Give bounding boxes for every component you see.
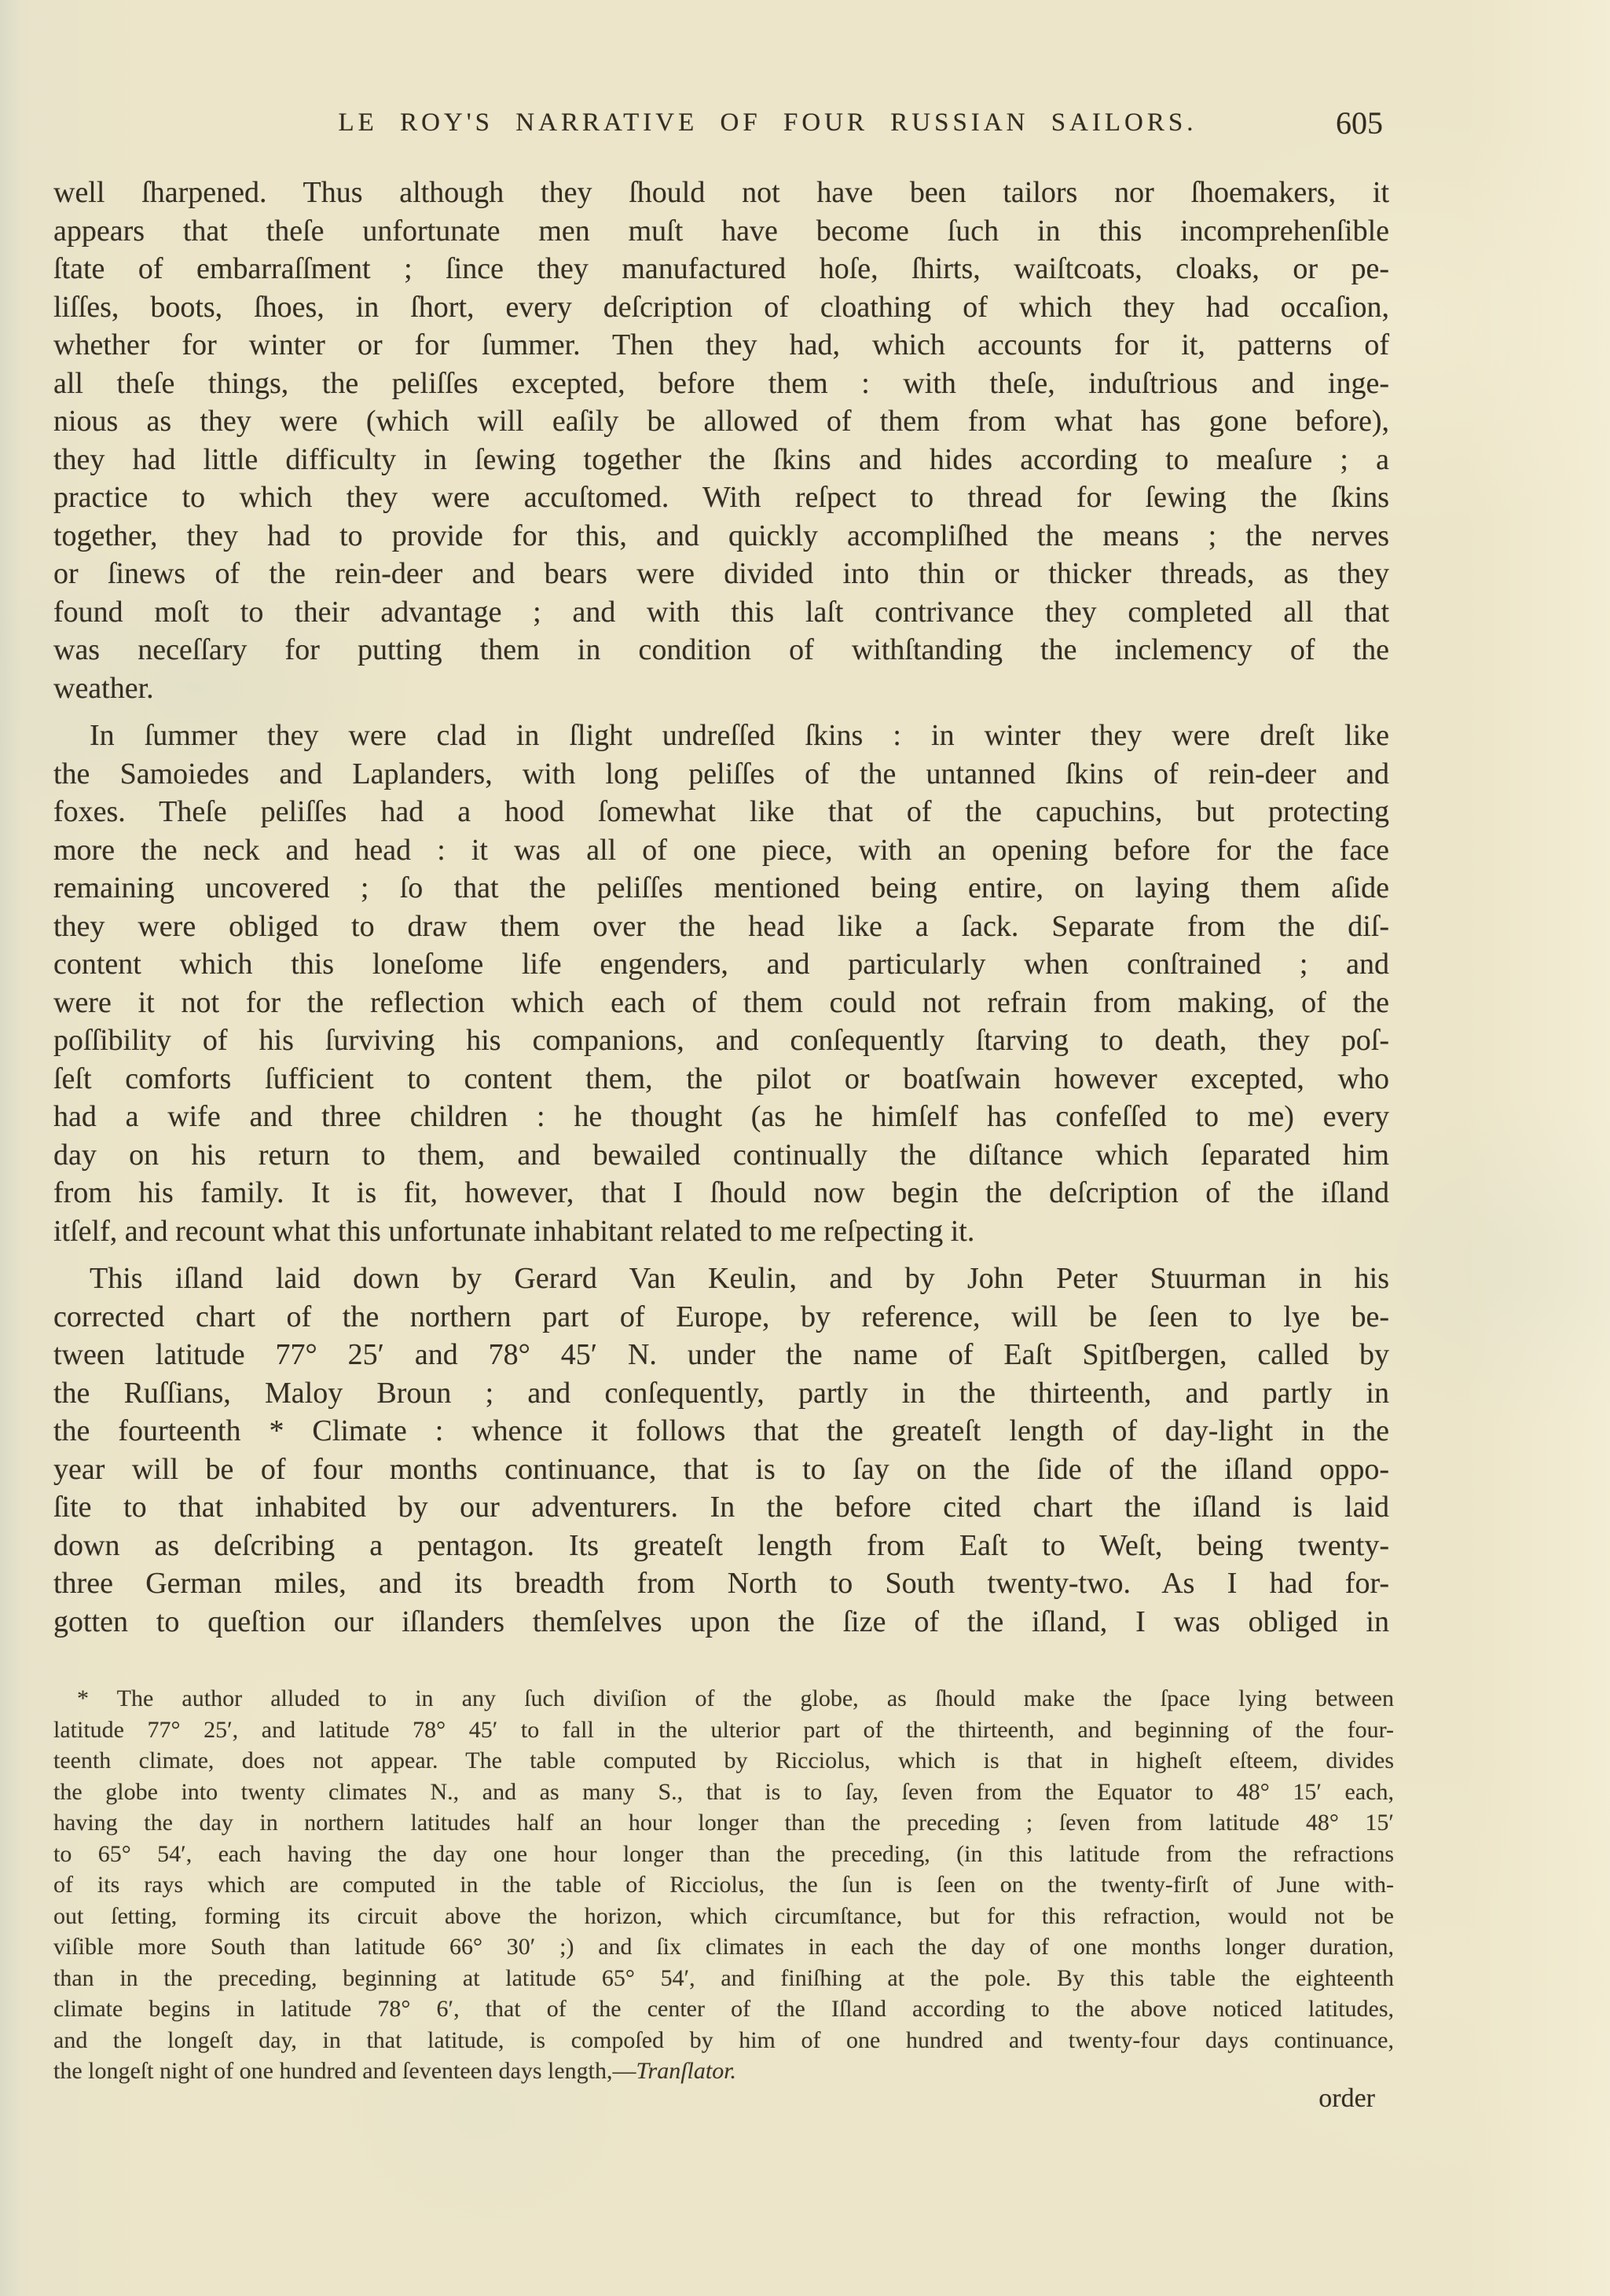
text-line: the fourteenth * Climate : whence it fol… (53, 1412, 1389, 1451)
text-line: practice to which they were accuſtomed. … (53, 479, 1389, 517)
text-line: all theſe things, the peliſſes excepted,… (53, 365, 1389, 403)
text-line: content which this loneſome life engende… (53, 945, 1389, 984)
text-line: ſtate of embarraſſment ; ſince they manu… (53, 250, 1389, 288)
text-line: were it not for the reflection which eac… (53, 984, 1389, 1022)
text-line: liſſes, boots, ſhoes, in ſhort, every de… (53, 288, 1389, 327)
paragraph: This iſland laid down by Gerard Van Keul… (53, 1260, 1389, 1641)
text-line: latitude 77° 25′, and latitude 78° 45′ t… (53, 1715, 1394, 1746)
text-line: down as deſcribing a pentagon. Its great… (53, 1527, 1389, 1565)
translator-signature: Tranſlator. (636, 2058, 736, 2084)
text-line: day on his return to them, and bewailed … (53, 1136, 1389, 1175)
text-line: together, they had to provide for this, … (53, 517, 1389, 556)
text-line: to 65° 54′, each having the day one hour… (53, 1839, 1394, 1870)
text-line: teenth climate, does not appear. The tab… (53, 1745, 1394, 1777)
text-line: having the day in northern latitudes hal… (53, 1807, 1394, 1839)
paragraph: well ſharpened. Thus although they ſhoul… (53, 174, 1389, 707)
text-line: * The author alluded to in any ſuch divi… (53, 1683, 1394, 1715)
text-line: three German miles, and its breadth from… (53, 1564, 1389, 1603)
text-line: ſeſt comforts ſufficient to content them… (53, 1060, 1389, 1098)
text-line: found moſt to their advantage ; and with… (53, 593, 1389, 632)
catchword: order (53, 2084, 1389, 2114)
text-line: from his family. It is fit, however, tha… (53, 1174, 1389, 1212)
book-page: LE ROY'S NARRATIVE OF FOUR RUSSIAN SAILO… (0, 0, 1610, 2296)
text-line: year will be of four months continuance,… (53, 1451, 1389, 1489)
text-line: itſelf, and recount what this unfortunat… (53, 1212, 1389, 1251)
text-line: than in the preceding, beginning at lati… (53, 1963, 1394, 1994)
text-line: was neceſſary for putting them in condit… (53, 631, 1389, 669)
text-line: poſſibility of his ſurviving his compani… (53, 1021, 1389, 1060)
text-line: viſible more South than latitude 66° 30′… (53, 1931, 1394, 1963)
text-line: had a wife and three children : he thoug… (53, 1098, 1389, 1136)
text-line: the longeſt night of one hundred and ſev… (53, 2056, 1394, 2087)
text-line: nious as they were (which will eaſily be… (53, 402, 1389, 441)
text-line: of its rays which are computed in the ta… (53, 1869, 1394, 1901)
running-title: LE ROY'S NARRATIVE OF FOUR RUSSIAN SAILO… (53, 108, 1389, 138)
text-line: appears that theſe unfortunate men muſt … (53, 212, 1389, 251)
text-line: well ſharpened. Thus although they ſhoul… (53, 174, 1389, 212)
text-line: the Samoiedes and Laplanders, with long … (53, 755, 1389, 794)
text-line: This iſland laid down by Gerard Van Keul… (53, 1260, 1389, 1298)
text-line: weather. (53, 669, 1389, 708)
paragraph: In ſummer they were clad in ſlight undre… (53, 717, 1389, 1250)
text-line: In ſummer they were clad in ſlight undre… (53, 717, 1389, 755)
text-line: tween latitude 77° 25′ and 78° 45′ N. un… (53, 1336, 1389, 1374)
text-line: whether for winter or for ſummer. Then t… (53, 326, 1389, 365)
text-line: the globe into twenty climates N., and a… (53, 1777, 1394, 1808)
text-line: and the longeſt day, in that latitude, i… (53, 2025, 1394, 2056)
text-line: ſite to that inhabited by our adventurer… (53, 1488, 1389, 1527)
text-line: remaining uncovered ; ſo that the peliſſ… (53, 869, 1389, 908)
text-line: they had little difficulty in ſewing tog… (53, 441, 1389, 479)
footnote-block: * The author alluded to in any ſuch divi… (53, 1683, 1394, 2087)
main-text-block: well ſharpened. Thus although they ſhoul… (53, 174, 1389, 1641)
text-line: more the neck and head : it was all of o… (53, 831, 1389, 870)
text-line: the Ruſſians, Maloy Broun ; and conſeque… (53, 1374, 1389, 1413)
text-line: foxes. Theſe peliſſes had a hood ſomewha… (53, 793, 1389, 831)
text-line: out ſetting, forming its circuit above t… (53, 1901, 1394, 1932)
page-number: 605 (1282, 105, 1436, 141)
text-line: climate begins in latitude 78° 6′, that … (53, 1993, 1394, 2025)
text-line: gotten to queſtion our iſlanders themſel… (53, 1603, 1389, 1641)
text-line: corrected chart of the northern part of … (53, 1298, 1389, 1337)
text-line: they were obliged to draw them over the … (53, 908, 1389, 946)
text-line: or ſinews of the rein-deer and bears wer… (53, 555, 1389, 593)
